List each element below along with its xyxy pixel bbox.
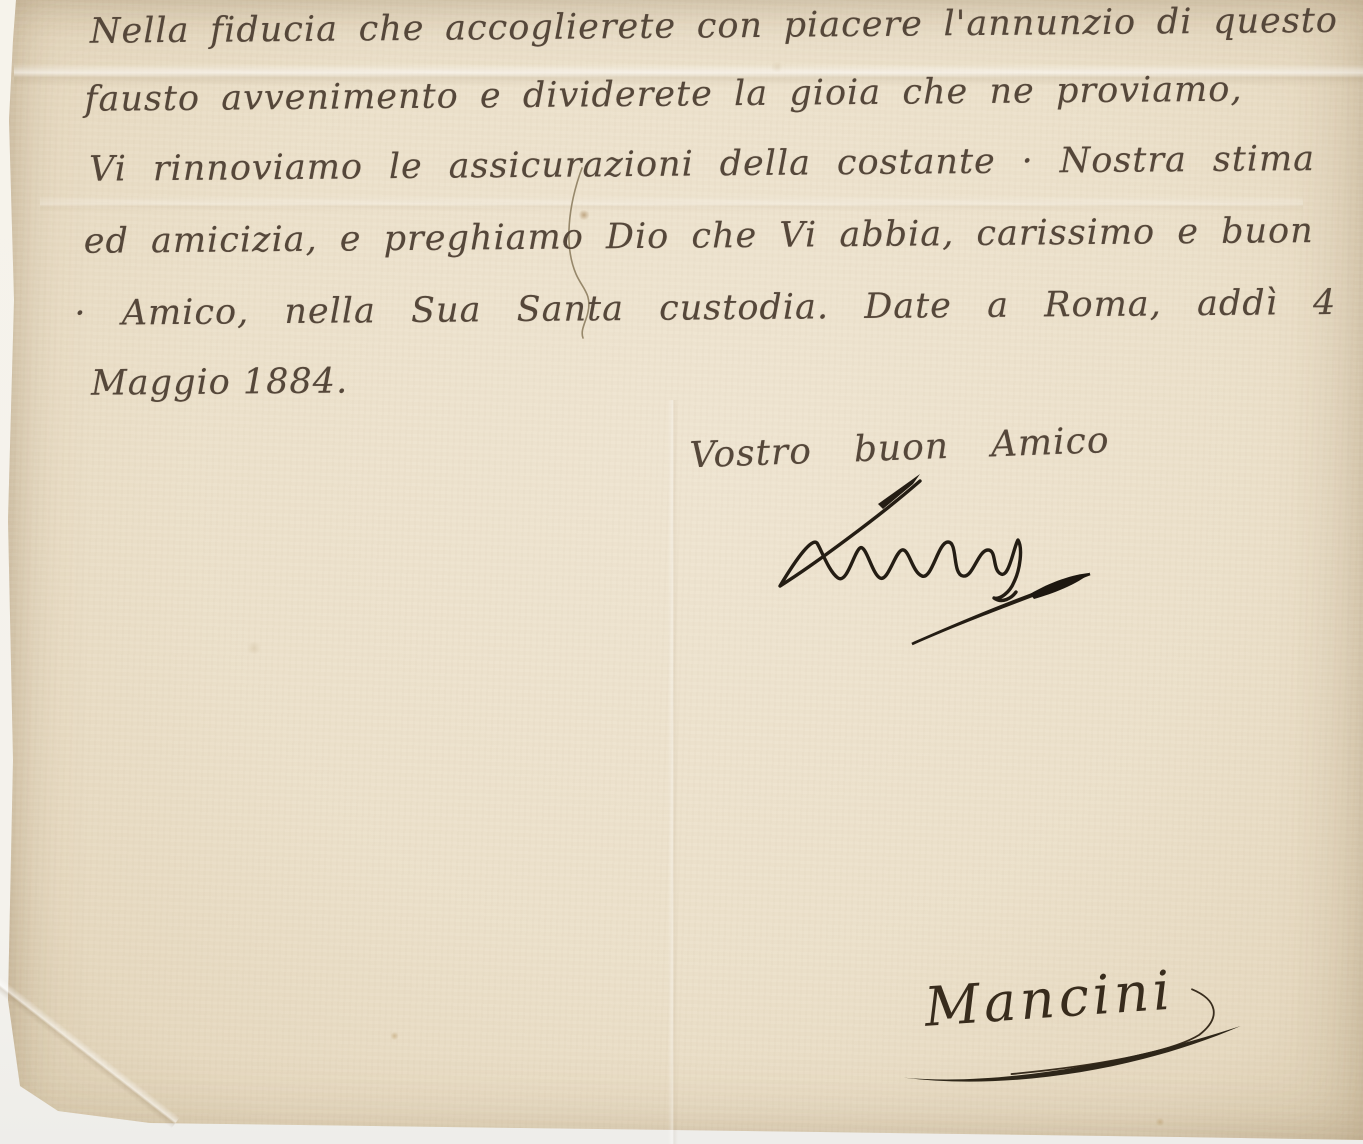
letter-line: fausto avvenimento e dividerete la gioia… xyxy=(84,62,1242,128)
letter-line: Vi rinnoviamo le assicurazioni della cos… xyxy=(89,131,1315,198)
letter-line: ed amicizia, e preghiamo Dio che Vi abbi… xyxy=(84,203,1314,270)
signature-ink-blot xyxy=(1030,573,1090,599)
mancini-signature: Mancini xyxy=(888,952,1256,1087)
letter-line: · Amico, nella Sua Santa custodia. Date … xyxy=(74,275,1336,342)
umberto-signature xyxy=(752,468,1112,663)
letter-scan: Nella fiducia che accoglierete con piace… xyxy=(0,0,1363,1144)
letter-line: Nella fiducia che accoglierete con piace… xyxy=(90,0,1338,60)
countersignature-text: Mancini xyxy=(921,959,1176,1039)
signature-top-stroke xyxy=(878,474,920,509)
letter-dateline: Maggio 1884. xyxy=(91,353,349,411)
signature-main-stroke xyxy=(780,481,1021,600)
